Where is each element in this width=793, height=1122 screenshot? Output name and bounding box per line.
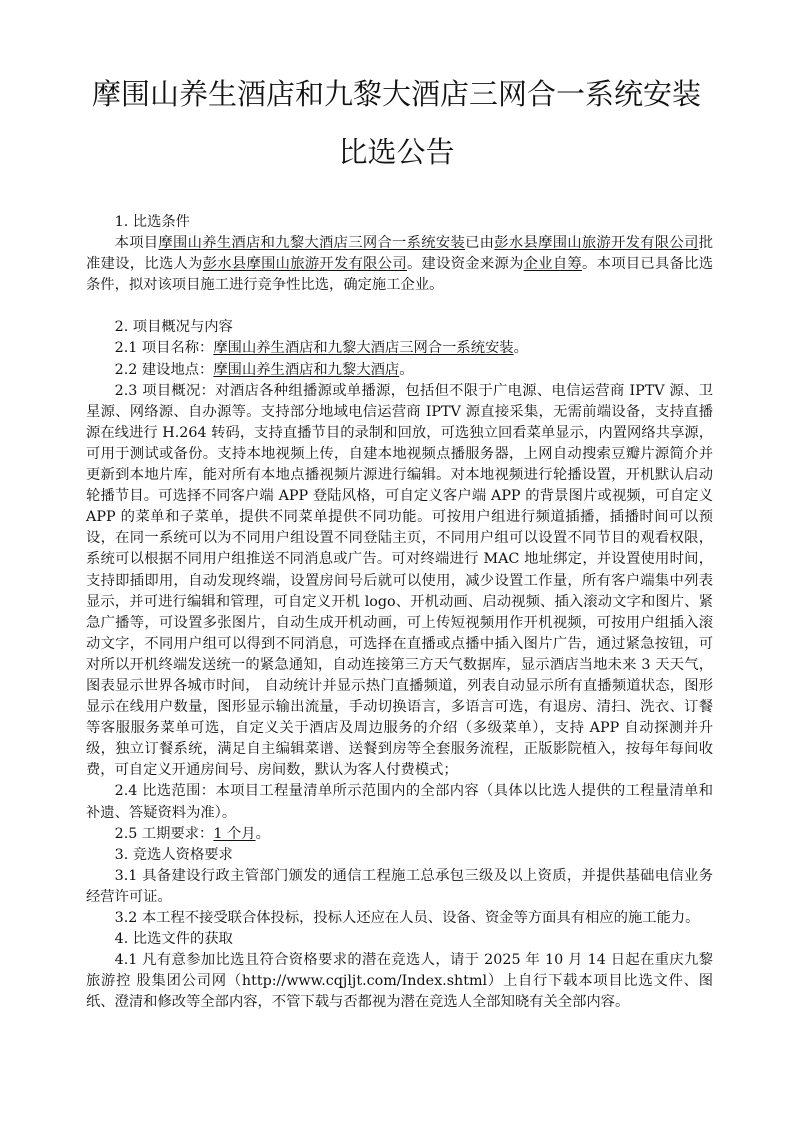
document-title-line2: 比选公告 [60,130,733,171]
text: 。 [256,826,270,842]
item-2-1: 2.1 项目名称：摩围山养生酒店和九黎大酒店三网合一系统安装。 [86,338,713,359]
section-3-heading: 3. 竞选人资格要求 [86,845,713,866]
item-3-1: 3.1 具备建设行政主管部门颁发的通信工程施工总承包三级及以上资质，并提供基础电… [86,866,713,908]
fund-source: 企业自筹 [524,256,582,272]
label: 2.1 项目名称： [115,340,214,356]
item-2-4: 2.4 比选范围：本项目工程量清单所示范围内的全部内容（具体以比选人提供的工程量… [86,781,713,823]
text: 已由 [465,235,494,251]
document-title-line1: 摩围山养生酒店和九黎大酒店三网合一系统安装 [60,72,733,113]
project-name: 摩围山养生酒店和九黎大酒店三网合一系统安装 [158,235,465,251]
item-3-2: 3.2 本工程不接受联合体投标，投标人还应在人员、设备、资金等方面具有相应的施工… [86,908,713,929]
heading-text: 4. 比选文件的获取 [115,931,233,947]
heading-text: 3. 竞选人资格要求 [115,847,233,863]
section-4-heading: 4. 比选文件的获取 [86,929,713,950]
spacer [86,296,713,317]
owner-name: 彭水县摩围山旅游开发有限公司 [203,256,407,272]
section-1-heading: 1. 比选条件 [86,212,713,233]
item-2-2: 2.2 建设地点：摩围山养生酒店和九黎大酒店。 [86,360,713,381]
document-body: 1. 比选条件 本项目摩围山养生酒店和九黎大酒店三网合一系统安装已由彭水县摩围山… [86,212,713,1013]
item-2-5: 2.5 工期要求：1 个月。 [86,824,713,845]
text: 本项目 [115,235,159,251]
heading-text: 1. 比选条件 [115,214,190,230]
text: 。 [399,362,413,378]
text: 。 [514,340,528,356]
section-2-heading: 2. 项目概况与内容 [86,317,713,338]
label: 2.5 工期要求： [115,826,214,842]
heading-text: 2. 项目概况与内容 [115,319,233,335]
text: 。建设资金来源为 [407,256,524,272]
location-value: 摩围山养生酒店和九黎大酒店 [213,362,399,378]
label: 2.2 建设地点： [115,362,214,378]
item-2-3: 2.3 项目概况：对酒店各种组播源或单播源，包括但不限于广电源、电信运营商 IP… [86,381,713,782]
section-1-paragraph: 本项目摩围山养生酒店和九黎大酒店三网合一系统安装已由彭水县摩围山旅游开发有限公司… [86,233,713,296]
project-name-value: 摩围山养生酒店和九黎大酒店三网合一系统安装 [213,340,513,356]
item-4-1: 4.1 凡有意参加比选且符合资格要求的潜在竞选人，请于 2025 年 10 月 … [86,950,713,1013]
approver-name: 彭水县摩围山旅游开发有限公司 [494,235,698,251]
duration-value: 1 个月 [213,826,255,842]
